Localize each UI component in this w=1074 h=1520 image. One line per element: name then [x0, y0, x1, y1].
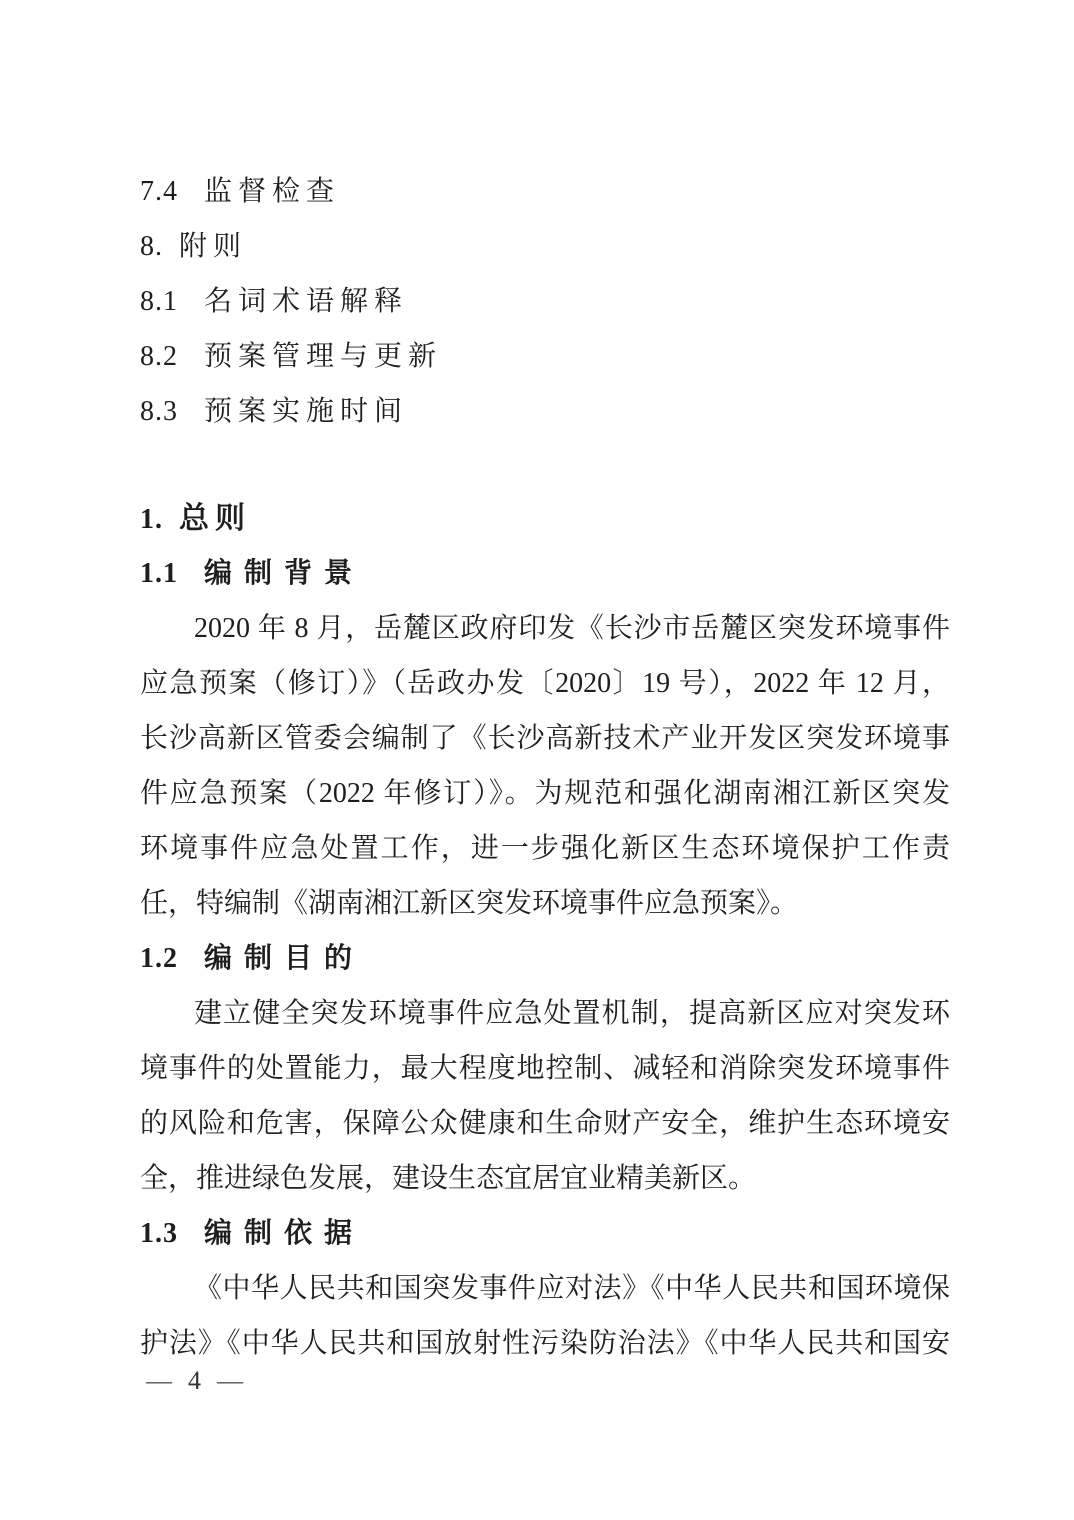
toc-item-title: 预案实施时间 [204, 396, 408, 427]
toc-item-number: 8. [140, 219, 163, 274]
toc-item-title: 附则 [179, 231, 247, 262]
toc-item-title: 监督检查 [204, 176, 340, 207]
toc-item-8: 8.附则 [140, 219, 950, 274]
toc-item-7-4: 7.4监督检查 [140, 164, 950, 219]
page-content: 7.4监督检查 8.附则 8.1名词术语解释 8.2预案管理与更新 8.3预案实… [140, 164, 950, 1371]
section-heading-1-2: 1.2编制目的 [140, 931, 950, 986]
section-title: 编制背景 [204, 558, 364, 589]
page-footer: —4— [140, 1366, 245, 1396]
footer-dash-right: — [217, 1366, 243, 1395]
toc-item-title: 预案管理与更新 [204, 341, 442, 372]
section-title: 编制依据 [204, 1218, 364, 1249]
toc-item-number: 8.1 [140, 274, 178, 329]
toc-item-8-2: 8.2预案管理与更新 [140, 329, 950, 384]
page-number: 4 [188, 1366, 201, 1395]
paragraph-line: 长沙高新区管委会编制了《长沙高新技术产业开发区突发环境事 [140, 711, 950, 766]
toc-item-number: 7.4 [140, 164, 178, 219]
paragraph-line: 任，特编制《湖南湘江新区突发环境事件应急预案》。 [140, 876, 950, 931]
chapter-number: 1. [140, 492, 163, 546]
chapter-1: 1.总则 1.1编制背景 2020 年 8 月，岳麓区政府印发《长沙市岳麓区突发… [140, 491, 950, 1371]
table-of-contents: 7.4监督检查 8.附则 8.1名词术语解释 8.2预案管理与更新 8.3预案实… [140, 164, 950, 439]
section-number: 1.2 [140, 931, 178, 986]
paragraph-line: 建立健全突发环境事件应急处置机制，提高新区应对突发环 [140, 986, 950, 1041]
toc-item-8-3: 8.3预案实施时间 [140, 384, 950, 439]
paragraph-line: 境事件的处置能力，最大程度地控制、减轻和消除突发环境事件 [140, 1041, 950, 1096]
section-title: 编制目的 [204, 943, 364, 974]
footer-dash-left: — [146, 1366, 172, 1395]
section-number: 1.1 [140, 546, 178, 601]
toc-item-title: 名词术语解释 [204, 286, 408, 317]
section-number: 1.3 [140, 1206, 178, 1261]
toc-item-number: 8.3 [140, 384, 178, 439]
section-heading-1-3: 1.3编制依据 [140, 1206, 950, 1261]
paragraph-line: 全，推进绿色发展，建设生态宜居宜业精美新区。 [140, 1151, 950, 1206]
chapter-title: 总则 [179, 502, 251, 535]
paragraph-line: 《中华人民共和国突发事件应对法》《中华人民共和国环境保 [140, 1261, 950, 1316]
toc-item-8-1: 8.1名词术语解释 [140, 274, 950, 329]
paragraph-line: 2020 年 8 月，岳麓区政府印发《长沙市岳麓区突发环境事件 [140, 601, 950, 656]
paragraph-line: 的风险和危害，保障公众健康和生命财产安全，维护生态环境安 [140, 1096, 950, 1151]
section-heading-1-1: 1.1编制背景 [140, 546, 950, 601]
paragraph-line: 应急预案（修订）》（岳政办发〔2020〕19 号），2022 年 12 月， [140, 656, 950, 711]
paragraph-line: 环境事件应急处置工作，进一步强化新区生态环境保护工作责 [140, 821, 950, 876]
chapter-heading: 1.总则 [140, 491, 950, 546]
paragraph-line: 件应急预案（2022 年修订）》。为规范和强化湖南湘江新区突发 [140, 766, 950, 821]
toc-item-number: 8.2 [140, 329, 178, 384]
document-page: 7.4监督检查 8.附则 8.1名词术语解释 8.2预案管理与更新 8.3预案实… [0, 0, 1074, 1520]
paragraph-line: 护法》《中华人民共和国放射性污染防治法》《中华人民共和国安 [140, 1316, 950, 1371]
